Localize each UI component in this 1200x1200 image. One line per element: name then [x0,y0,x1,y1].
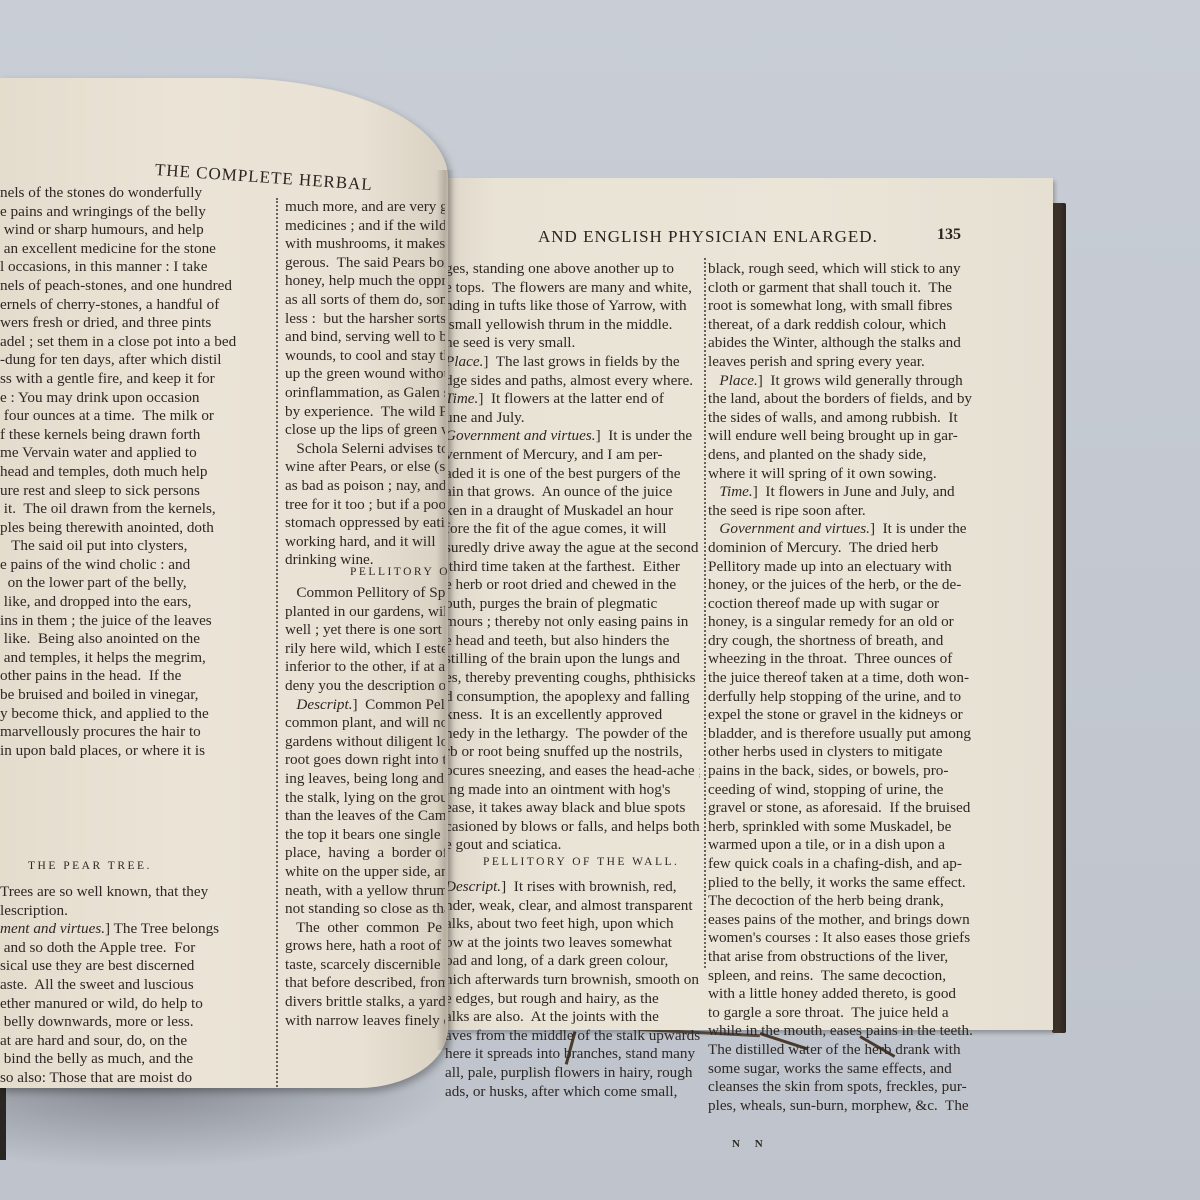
text-line: wounds, to cool and stay the b [285,347,445,366]
text-line: deny you the description of th [285,677,445,696]
text-line: bind the belly as much, and the [0,1050,272,1069]
text-line: ins in them ; the juice of the leaves [0,612,272,631]
text-line: that before described, from [285,974,445,993]
text-line: ads, or husks, after which come small, [445,1083,700,1102]
text-line: ples, wheals, sun-burn, morphew, &c. The [708,1097,998,1116]
text-line: The distilled water of the herb drank wi… [708,1041,998,1060]
text-line: as bad as poison ; nay, and [285,477,445,496]
text-line: herb, sprinkled with some Muskadel, be [708,818,998,837]
text-line: an excellent medicine for the stone [0,240,272,259]
text-line: leaves perish and spring every year. [708,353,998,372]
text-line: honey, is a singular remedy for an old o… [708,613,998,632]
text-line: fore the fit of the ague comes, it will [445,520,700,539]
text-line: une and July. [445,409,700,428]
text-line: suredly drive away the ague at the secon… [445,539,700,558]
right-page-column-1-section: Descript.] It rises with brownish, red,n… [445,878,700,1101]
text-line: e head and teeth, but also hinders the [445,632,700,651]
text-line: vernment of Mercury, and I am per- [445,446,700,465]
text-line: nedy in the lethargy. The powder of the [445,725,700,744]
text-line: es, thereby preventing coughs, phthisick… [445,669,700,688]
text-line: close up the lips of green wou [285,421,445,440]
text-line: Descript.] It rises with brownish, red, [445,878,700,897]
text-line: Pellitory made up into an electuary with [708,558,998,577]
text-line: gerous. The said Pears boiled [285,254,445,273]
text-line: hich afterwards turn brownish, smooth on [445,971,700,990]
text-line: rily here wild, which I esteem [285,640,445,659]
text-line: e pains of the wind cholic : and [0,556,272,575]
text-line: Place.] It grows wild generally through [708,372,998,391]
text-line: and temples, it helps the megrim, [0,649,272,668]
text-line: ing made into an ointment with hog's [445,781,700,800]
text-line: the juice thereof taken at a time, doth … [708,669,998,688]
text-line: lescription. [0,902,272,921]
text-line: rb or root being snuffed up the nostrils… [445,743,700,762]
text-line: Trees are so well known, that they [0,883,272,902]
text-line: oad and long, of a dark green colour, [445,952,700,971]
text-line: pains in the back, sides, or bowels, pro… [708,762,998,781]
book-gutter [436,170,454,1050]
text-line: Schola Selerni advises to [285,440,445,459]
text-line: that arise from obstructions of the live… [708,948,998,967]
text-line: the seed is ripe soon after. [708,502,998,521]
text-line: e herb or root dried and chewed in the [445,576,700,595]
text-line: orinflammation, as Galen saith [285,384,445,403]
text-line: aves from the middle of the stalk upward… [445,1027,700,1046]
text-line: The said oil put into clysters, [0,537,272,556]
section-heading-pellitory-wall: PELLITORY OF THE WALL. [483,856,679,868]
text-line: at are hard and sour, do, on the [0,1032,272,1051]
text-line: nels of the stones do wonderfully [0,184,272,203]
text-line: the stalk, lying on the ground [285,789,445,808]
section-heading-pellitory-spain: PELLITORY OF SPA [350,566,448,578]
text-line: belly downwards, more or less. [0,1013,272,1032]
text-line: honey, help much the oppre [285,272,445,291]
text-line: warmed upon a tile, or in a dish upon a [708,836,998,855]
text-line: e gout and sciatica. [445,836,700,855]
text-line: stomach oppressed by eating [285,514,445,533]
text-line: y become thick, and applied to the [0,705,272,724]
text-line: sical use they are best discerned [0,957,272,976]
text-line: medicines ; and if the wild [285,217,445,236]
text-line: nding in tufts like those of Yarrow, wit… [445,297,700,316]
text-line: aded it is one of the best purgers of th… [445,465,700,484]
text-line: divers brittle stalks, a yard [285,993,445,1012]
text-line: aste. All the sweet and luscious [0,976,272,995]
text-line: -dung for ten days, after which distil [0,351,272,370]
column-rule [704,258,706,968]
text-line: ernels of cherry-stones, a handful of [0,296,272,315]
text-line: adel ; set them in a close pot into a be… [0,333,272,352]
text-line: less : but the harsher sorts [285,310,445,329]
text-line: marvellously procures the hair to [0,723,272,742]
text-line: cleanses the skin from spots, freckles, … [708,1078,998,1097]
text-line: wine after Pears, or else (say [285,458,445,477]
text-line: and bind, serving well to be [285,328,445,347]
text-line: up the green wound without [285,365,445,384]
text-line: taste, scarcely discernible by [285,956,445,975]
text-line: with mushrooms, it makes th [285,235,445,254]
text-line: ss with a gentle fire, and keep it for [0,370,272,389]
text-line: nels of peach-stones, and one hundred [0,277,272,296]
right-page: AND ENGLISH PHYSICIAN ENLARGED. 135 ges,… [445,178,1053,1030]
text-line: expel the stone or gravel in the kidneys… [708,706,998,725]
text-line: Descript.] Common Pellito [285,696,445,715]
text-line: wheezing in the throat. Three ounces of [708,650,998,669]
text-line: e edges, but rough and hairy, as the [445,990,700,1009]
text-line: eases pains of the mother, and brings do… [708,911,998,930]
text-line: than the leaves of the Camo [285,807,445,826]
text-line: on the lower part of the belly, [0,574,272,593]
text-line: with a little honey added thereto, is go… [708,985,998,1004]
page-number: 135 [937,226,961,244]
right-page-column-2: black, rough seed, which will stick to a… [708,260,998,1115]
signature-mark: N N [732,1138,769,1150]
text-line: ges, standing one above another up to [445,260,700,279]
left-page: THE COMPLETE HERBAL nels of the stones d… [0,78,448,1088]
text-line: me Vervain water and applied to [0,444,272,463]
text-line: the top it bears one single la [285,826,445,845]
text-line: while in the mouth, eases pains in the t… [708,1022,998,1041]
text-line: will endure well being brought up in gar… [708,427,998,446]
text-line: ing leaves, being long and fi [285,770,445,789]
text-line: ether manured or wild, do help to [0,995,272,1014]
running-head-right: AND ENGLISH PHYSICIAN ENLARGED. [538,227,878,247]
text-line: nder, weak, clear, and almost transparen… [445,897,700,916]
text-line: common plant, and will not b [285,714,445,733]
text-line: third time taken at the farthest. Either [445,558,700,577]
text-line: The decoction of the herb being drank, [708,892,998,911]
text-line: place, having a border of [285,844,445,863]
text-line: like. Being also anointed on the [0,630,272,649]
text-line: like, and dropped into the ears, [0,593,272,612]
text-line: four ounces at a time. The milk or [0,407,272,426]
text-line: l occasions, in this manner : I take [0,258,272,277]
text-line: dens, and planted on the shady side, [708,446,998,465]
column-rule [276,198,278,1088]
text-line: so also: Those that are moist do [0,1069,272,1088]
text-line: as all sorts of them do, som [285,291,445,310]
text-line: mours ; thereby not only easing pains in [445,613,700,632]
text-line: white on the upper side, and [285,863,445,882]
text-line: f these kernels being drawn forth [0,426,272,445]
text-line: alks, about two feet high, upon which [445,915,700,934]
text-line: bladder, and is therefore usually put am… [708,725,998,744]
text-line: inferior to the other, if at all [285,658,445,677]
text-line: ples being therewith anointed, doth [0,519,272,538]
text-line: all, pale, purplish flowers in hairy, ro… [445,1064,700,1083]
text-line: working hard, and it will [285,533,445,552]
text-line: other herbs used in clysters to mitigate [708,743,998,762]
text-line: outh, purges the brain of plegmatic [445,595,700,614]
text-line: ain that grows. An ounce of the juice [445,483,700,502]
text-line: thereat, of a dark reddish colour, which [708,316,998,335]
text-line: e pains and wringings of the belly [0,203,272,222]
text-line: Government and virtues.] It is under the [708,520,998,539]
text-line: dry cough, the shortness of breath, and [708,632,998,651]
text-line: head and temples, doth much help [0,463,272,482]
left-page-column-2-section: Common Pellitory of Spaplanted in our ga… [285,584,445,1030]
text-line: some sugar, works the same effects, and [708,1060,998,1079]
text-line: honey, or the juices of the herb, or the… [708,576,998,595]
text-line: Common Pellitory of Spa [285,584,445,603]
text-line: few quick coals in a chafing-dish, and a… [708,855,998,874]
text-line: neath, with a yellow thrum [285,882,445,901]
text-line: root goes down right into the [285,751,445,770]
text-line: plied to the belly, it works the same ef… [708,874,998,893]
text-line: be bruised and boiled in vinegar, [0,686,272,705]
text-line: dominion of Mercury. The dried herb [708,539,998,558]
text-line: d consumption, the apoplexy and falling [445,688,700,707]
text-line: derfully help stopping of the urine, and… [708,688,998,707]
text-line: ure rest and sleep to sick persons [0,482,272,501]
text-line: other pains in the head. If the [0,667,272,686]
text-line: alks are also. At the joints with the [445,1008,700,1027]
text-line: ceeding of wind, stopping of urine, the [708,781,998,800]
text-line: ken in a draught of Muskadel an hour [445,502,700,521]
text-line: much more, and are very go [285,198,445,217]
text-line: ment and virtues.] The Tree belongs [0,920,272,939]
text-line: not standing so close as that [285,900,445,919]
text-line: he seed is very small. [445,334,700,353]
text-line: where it will spring of it own sowing. [708,465,998,484]
text-line: abides the Winter, although the stalks a… [708,334,998,353]
text-line: wind or sharp humours, and help [0,221,272,240]
text-line: with narrow leaves finely d [285,1012,445,1031]
right-page-column-1: ges, standing one above another up toe t… [445,260,700,855]
text-line: The other common Pe [285,919,445,938]
text-line: casioned by blows or falls, and helps bo… [445,818,700,837]
text-line: and so doth the Apple tree. For [0,939,272,958]
text-line: dge sides and paths, almost every where. [445,372,700,391]
text-line: spleen, and reins. The same decoction, [708,967,998,986]
text-line: root is somewhat long, with small fibres [708,297,998,316]
text-line: by experience. The wild Pe [285,403,445,422]
text-line: it. The oil drawn from the kernels, [0,500,272,519]
text-line: coction thereof made up with sugar or [708,595,998,614]
text-line: gravel or stone, as aforesaid. If the br… [708,799,998,818]
section-heading-pear-tree: THE PEAR TREE. [28,860,152,872]
text-line: in upon bald places, or where it is [0,742,272,761]
text-line: wers fresh or dried, and three pints [0,314,272,333]
text-line: ocures sneezing, and eases the head-ache… [445,762,700,781]
text-line: e tops. The flowers are many and white, [445,279,700,298]
text-line: tree for it too ; but if a poor [285,496,445,515]
text-line: ow at the joints two leaves somewhat [445,934,700,953]
text-line: grows here, hath a root of [285,937,445,956]
left-page-column-1: nels of the stones do wonderfullye pains… [0,184,272,760]
text-line: here it spreads into branches, stand man… [445,1045,700,1064]
text-line: kness. It is an excellently approved [445,706,700,725]
text-line: stilling of the brain upon the lungs and [445,650,700,669]
text-line: small yellowish thrum in the middle. [445,316,700,335]
text-line: Time.] It flowers at the latter end of [445,390,700,409]
text-line: Place.] The last grows in fields by the [445,353,700,372]
text-line: cloth or garment that shall touch it. Th… [708,279,998,298]
text-line: to gargle a sore throat. The juice held … [708,1004,998,1023]
text-line: women's courses : It also eases those gr… [708,929,998,948]
text-line: Government and virtues.] It is under the [445,427,700,446]
text-line: the sides of walls, and among rubbish. I… [708,409,998,428]
text-line: Time.] It flowers in June and July, and [708,483,998,502]
text-line: ease, it takes away black and blue spots [445,799,700,818]
text-line: black, rough seed, which will stick to a… [708,260,998,279]
text-line: well ; yet there is one sort gr [285,621,445,640]
left-page-column-2: much more, and are very gomedicines ; an… [285,198,445,570]
right-cover-edge [1052,203,1066,1033]
text-line: gardens without diligent look [285,733,445,752]
text-line: the land, about the borders of fields, a… [708,390,998,409]
left-page-column-1-section: Trees are so well known, that theylescri… [0,883,272,1088]
text-line: e : You may drink upon occasion [0,389,272,408]
text-line: planted in our gardens, will [285,603,445,622]
